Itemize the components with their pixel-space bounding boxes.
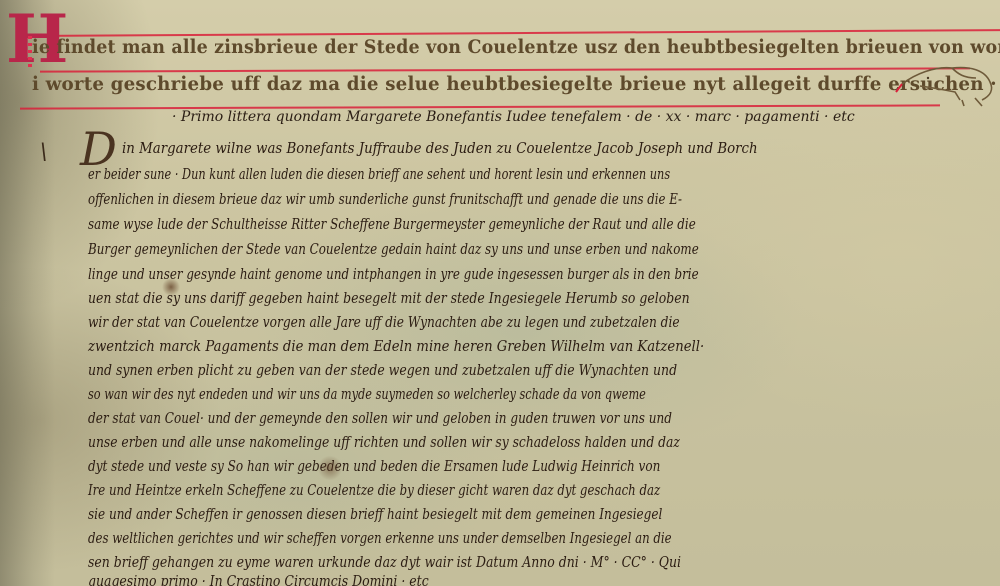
body-line-14: dyt stede und veste sy So han wir gebede… [88,459,660,475]
body-line-13: unse erben und alle unse nakomelinge uff… [88,435,680,451]
body-line-16: sie und ander Scheffen ir genossen diese… [88,507,662,523]
body-line-8: wir der stat van Couelentze vorgen alle … [88,315,680,331]
heading-line-1: ie findet man alle zinsbrieue der Stede … [32,36,1000,58]
body-line-6: linge und unser gesynde haint genome und… [88,267,699,283]
body-line-19: quagesimo primo · In Crastino Circumcis … [88,574,429,586]
body-line-1: in Margarete wilne was Bonefants Juffrau… [122,141,758,157]
body-line-5: Burger gemeynlichen der Stede van Couele… [88,242,699,258]
body-initial-d: D [80,126,117,172]
ink-blot [162,278,180,296]
body-line-12: der stat van Couel· und der gemeynde den… [88,411,672,427]
marginal-animal-icon [890,60,1000,110]
brown-stain [318,455,342,481]
body-line-11: so wan wir des nyt endeden und wir uns d… [88,387,646,403]
body-line-4: same wyse lude der Schultheisse Ritter S… [88,217,696,233]
heading-line-2: i worte geschriebe uff daz ma die selue … [32,73,997,95]
margin-mark: \ [40,140,47,165]
body-line-3: offenlichen in diesem brieue daz wir umb… [88,192,682,208]
body-line-17: des weltlichen gerichtes und wir scheffe… [88,531,672,547]
body-line-15: Ire und Heintze erkeln Scheffene zu Coue… [88,483,660,499]
body-line-7: uen stat die sy uns dariff gegeben haint… [88,291,690,307]
body-line-2: er beider sune · Dun kunt allen luden di… [88,167,670,183]
body-line-18: sen brieff gehangen zu eyme waren urkund… [88,555,681,571]
body-line-9: zwentzich marck Pagaments die man dem Ed… [88,339,704,355]
body-line-10: und synen erben plicht zu geben van der … [88,363,677,379]
rubric-line: · Primo littera quondam Margarete Bonefa… [172,109,855,125]
